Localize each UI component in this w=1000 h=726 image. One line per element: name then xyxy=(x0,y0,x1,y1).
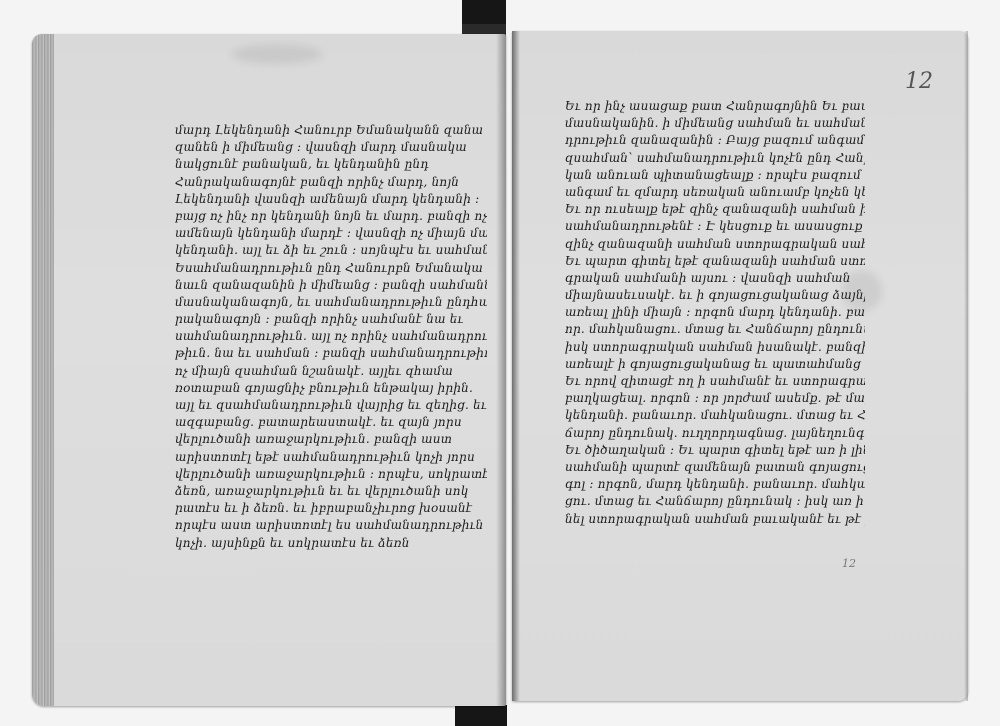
text-line: այլ եւ զսահմանադրութիւն վայրից եւ զեղից.… xyxy=(175,397,487,414)
folio-number-bottom: 12 xyxy=(842,557,856,570)
left-page-text: մարդ Լեկենդանի Հանուրբ Եմանականն զանա զա… xyxy=(175,122,487,552)
text-line: Եսահմանադրութիւն ընդ Հանուրբն Եմանակա xyxy=(175,260,487,277)
text-line: ռօտաբան գոյացնիչ բնութիւն ենթակայ իրին. xyxy=(175,380,487,397)
page-edge-shadow xyxy=(964,31,968,701)
text-line: դրութիւն զանազանին ։ Բայց բազում անգամ ե… xyxy=(565,132,865,149)
gutter-shadow xyxy=(512,31,520,701)
right-page: 12 Եւ որ ինչ ասացաք բատ Հանրագոյնին Եւ բ… xyxy=(512,31,968,701)
left-page: մարդ Լեկենդանի Հանուրբ Եմանականն զանա զա… xyxy=(32,34,506,706)
text-line: մասնականին. ի միմեանց սահման եւ սահմանա xyxy=(565,115,865,132)
text-line: թիւն. նա եւ սահման ։ բանզի սահմանադրութի… xyxy=(175,345,487,362)
text-line: կոչի. այսինքն եւ սոկրատէս եւ ձեռն xyxy=(175,535,487,552)
text-line: վերլուծանի առաջարկութիւն. բանզի աստ xyxy=(175,431,487,448)
text-line: մասնականագոյն, եւ սահմանադրութիւն ընդհան xyxy=(175,294,487,311)
text-line: սահմանադրութենէ ։ Է կեսցուք եւ ասասցուք xyxy=(565,218,865,235)
text-line: կենդանի. այլ եւ ձի եւ շուն ։ սոյնպէս եւ … xyxy=(175,242,487,259)
text-line: կենդանի. բանաւոր. մահկանացու. մտաց եւ Հա… xyxy=(565,407,865,424)
text-line: նակցունէ բանական, եւ կենդանին ընդ xyxy=(175,156,487,173)
text-line: արիստոտէլ եթէ սահմանադրութիւն կոչի յորս xyxy=(175,449,487,466)
text-line: միայնասեւսակէ. եւ ի գոյացուցականաց ձայնի… xyxy=(565,287,865,304)
page-block-edges xyxy=(32,34,54,706)
text-line: րատէս եւ ի ձեռն. եւ իբրաբանչիւրոց խօսանէ xyxy=(175,500,487,517)
text-line: զինչ զանազանի սահման ստորագրական սահմանի… xyxy=(565,236,865,253)
spine-tab-bottom xyxy=(455,705,507,726)
text-line: Եւ որ ուսեալք եթէ զինչ զանազանի սահման ի xyxy=(565,201,865,218)
text-line: իսկ ստորագրական սահման իսանակէ. բանզի xyxy=(565,339,865,356)
text-line: Լեկենդանի վասնզի ամենայն մարդ կենդանի ։ xyxy=(175,191,487,208)
text-line: գոլ ։ որգոն, մարդ կենդանի. բանաւոր. մահկ… xyxy=(565,476,865,493)
text-line: ամենայն կենդանի մարդէ ։ վասնզի ոչ միայն … xyxy=(175,225,487,242)
text-line: առեալ լինի միայն ։ որգոն մարդ կենդանի. բ… xyxy=(565,304,865,321)
text-line: զանեն ի միմեանց ։ վասնզի մարդ մասնակա xyxy=(175,139,487,156)
text-line: կան անուան պիտանացեալք ։ որպէս բազում xyxy=(565,167,865,184)
text-line: Հանրականագոյնէ բանզի որինչ մարդ, նոյն xyxy=(175,174,487,191)
text-line: Եւ որ ինչ ասացաք բատ Հանրագոյնին Եւ բատ xyxy=(565,98,865,115)
text-line: սահմանադրութիւն. այլ ոչ որինչ սահմանադրո… xyxy=(175,328,487,345)
right-page-text: Եւ որ ինչ ասացաք բատ Հանրագոյնին Եւ բատ … xyxy=(565,98,865,528)
text-line: որպէս աստ արիստոտէլ ես սահմանադրութիւն xyxy=(175,517,487,534)
text-line: ազգաբանց. բատարեաստակէ. եւ զայն յորս xyxy=(175,414,487,431)
text-line: նել ստորագրական սահման բաւականէ եւ թէ բա… xyxy=(565,511,865,528)
text-line: ճարոյ ընդունակ. ուղղորդագնաց. լայնեղունգ… xyxy=(565,425,865,442)
paper-stain xyxy=(232,44,322,64)
text-line: անգամ եւ զմարդ սեռական անուամբ կոչեն կեն… xyxy=(565,184,865,201)
text-line: վերլուծանի առաջարկութիւն ։ որպէս, սոկրատ… xyxy=(175,466,487,483)
text-line: առեալէ ի գոյացուցականաց եւ պատահմանց ։ xyxy=(565,356,865,373)
gutter-shadow xyxy=(496,34,506,706)
text-line: ոչ միայն զսահման նշանակէ. այլեւ զհամա xyxy=(175,363,487,380)
text-line: զսահման՝ սահմանադրութիւն կոչէն ընդ Հանրա xyxy=(565,150,865,167)
text-line: բաղկացեալ. որգոն ։ որ յորժամ ասեմք. թէ մ… xyxy=(565,390,865,407)
text-line: ձեռն, առաջարկութիւն եւ եւ վերլուծանի սոկ xyxy=(175,483,487,500)
text-line: Եւ ծիծաղական ։ Եւ պարտ գիտել եթէ առ ի լի… xyxy=(565,442,865,459)
text-line: սահմանի պարտէ զամենայն բատան գոյացուցակա xyxy=(565,459,865,476)
text-line: նաւն զանազանին ի միմեանց ։ բանզի սահմանն xyxy=(175,277,487,294)
text-line: մարդ Լեկենդանի Հանուրբ Եմանականն զանա xyxy=(175,122,487,139)
spine-tab-top xyxy=(462,0,506,36)
text-line: ցու. մտաց եւ Հանճարոյ ընդունակ ։ իսկ առ … xyxy=(565,493,865,510)
text-line: Եւ պարտ գիտել եթէ զանազանի սահման ստորա xyxy=(565,253,865,270)
text-line: Եւ որով զիտացէ ող ի սահմանէ եւ ստորագրակ… xyxy=(565,373,865,390)
text-line: րականագոյն ։ բանզի որինչ սահմանէ նա եւ xyxy=(175,311,487,328)
folio-number: 12 xyxy=(905,69,933,94)
text-line: որ. մահկանացու. մտաց եւ Հանճարոյ ընդունա… xyxy=(565,321,865,338)
text-line: գրական սահմանի այսու ։ վասնզի սահման xyxy=(565,270,865,287)
text-line: բայց ոչ ինչ որ կենդանի նոյն եւ մարդ. բան… xyxy=(175,208,487,225)
